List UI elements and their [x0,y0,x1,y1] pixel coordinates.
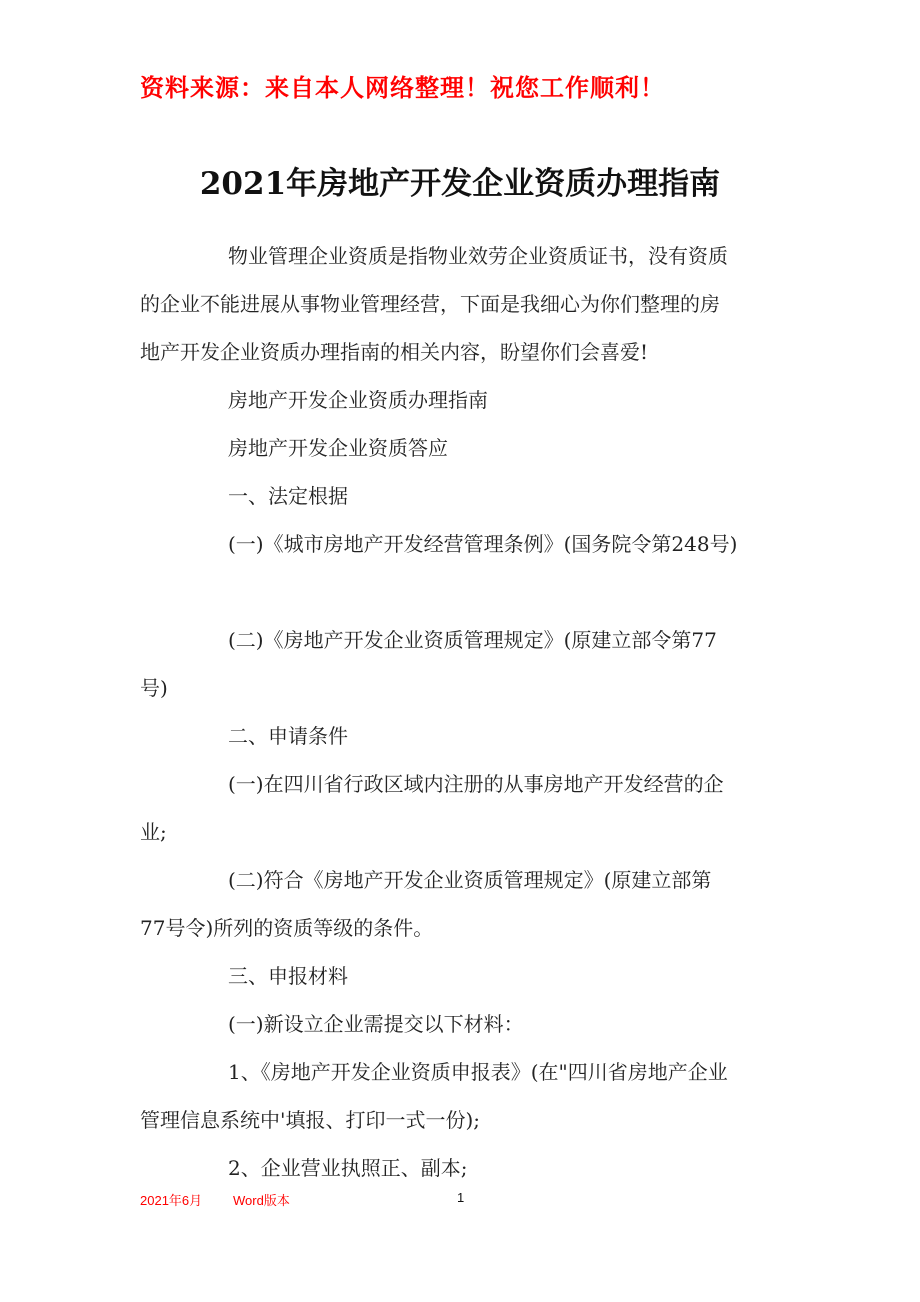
document-title: 2021年房地产开发企业资质办理指南 [0,158,920,203]
body-line: 的企业不能进展从事物业管理经营，下面是我细心为你们整理的房 [140,292,720,316]
body-line: 77号令)所列的资质等级的条件。 [140,916,433,940]
body-line: (二)《房地产开发企业资质管理规定》(原建立部令第77 [228,628,717,652]
footer-date: 2021年6月 [140,1190,202,1209]
body-line: 房地产开发企业资质办理指南 [228,388,488,412]
body-line: (一)《城市房地产开发经营管理条例》(国务院令第248号) [228,532,737,556]
body-line: 房地产开发企业资质答应 [228,436,448,460]
body-line: 二、申请条件 [228,724,348,748]
footer-version: Word版本 [233,1190,290,1209]
source-note: 资料来源：来自本人网络整理！祝您工作顺利！ [140,68,665,103]
body-line: (一)在四川省行政区域内注册的从事房地产开发经营的企 [228,772,724,796]
body-line: (二)符合《房地产开发企业资质管理规定》(原建立部第 [228,868,711,892]
body-line: 一、法定根据 [228,484,348,508]
body-line: 管理信息系统中'填报、打印一式一份); [140,1108,480,1132]
body-line: 业; [140,820,167,844]
body-line: 物业管理企业资质是指物业效劳企业资质证书，没有资质 [228,244,728,268]
body-line: 2、企业营业执照正、副本; [228,1156,467,1180]
page-number: 1 [457,1190,464,1205]
body-line: 1、《房地产开发企业资质申报表》(在"四川省房地产企业 [228,1060,728,1084]
body-line: (一)新设立企业需提交以下材料： [228,1012,524,1036]
body-line: 号) [140,676,168,700]
body-line: 三、申报材料 [228,964,348,988]
body-line: 地产开发企业资质办理指南的相关内容，盼望你们会喜爱! [140,340,648,364]
